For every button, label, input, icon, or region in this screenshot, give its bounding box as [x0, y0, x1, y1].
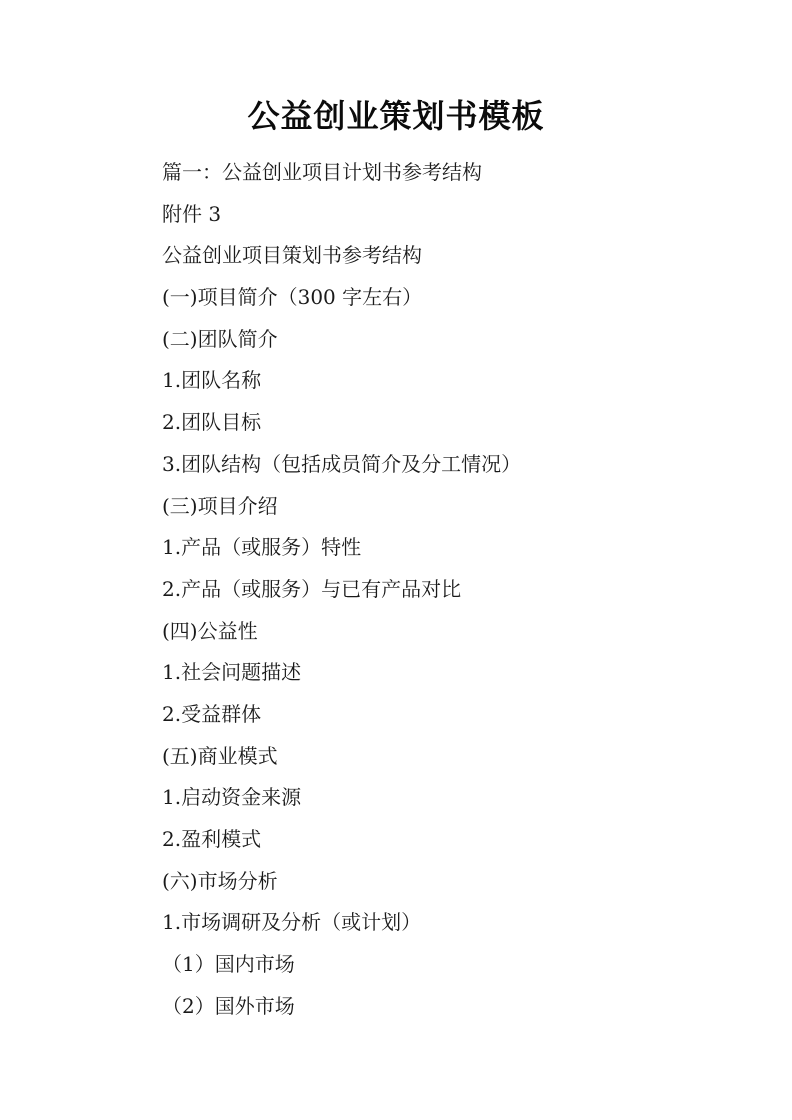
section-heading: (二)团队简介	[162, 324, 722, 366]
document-page: 公益创业策划书模板 篇一：公益创业项目计划书参考结构 附件 3 公益创业项目策划…	[0, 0, 792, 1120]
section-heading: (一)项目简介（300 字左右）	[162, 282, 722, 324]
list-item: 3.团队结构（包括成员简介及分工情况）	[162, 449, 722, 491]
section-heading: (三)项目介绍	[162, 491, 722, 533]
section-heading: (六)市场分析	[162, 866, 722, 908]
structure-heading: 公益创业项目策划书参考结构	[162, 240, 722, 282]
document-body: 篇一：公益创业项目计划书参考结构 附件 3 公益创业项目策划书参考结构 (一)项…	[162, 157, 722, 1032]
list-item: 1.启动资金来源	[162, 782, 722, 824]
list-item: 1.产品（或服务）特性	[162, 532, 722, 574]
list-item: 2.产品（或服务）与已有产品对比	[162, 574, 722, 616]
list-item: 2.盈利模式	[162, 824, 722, 866]
subtitle-line: 篇一：公益创业项目计划书参考结构	[162, 157, 722, 199]
document-title: 公益创业策划书模板	[0, 94, 792, 138]
attachment-label: 附件 3	[162, 199, 722, 241]
list-item: 2.受益群体	[162, 699, 722, 741]
list-item: 1.团队名称	[162, 365, 722, 407]
list-item: 1.社会问题描述	[162, 657, 722, 699]
list-item: 2.团队目标	[162, 407, 722, 449]
section-heading: (五)商业模式	[162, 741, 722, 783]
section-heading: (四)公益性	[162, 616, 722, 658]
sub-list-item: （1）国内市场	[162, 949, 722, 991]
list-item: 1.市场调研及分析（或计划）	[162, 907, 722, 949]
sub-list-item: （2）国外市场	[162, 991, 722, 1033]
